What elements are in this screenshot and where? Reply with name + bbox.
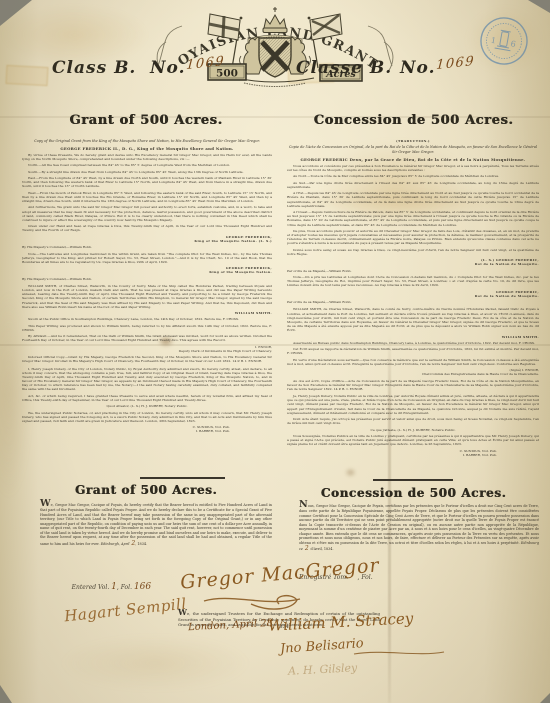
backing-corner-bottom-left: [0, 685, 12, 703]
english-text-column: Copy of the Original Grant from the King…: [22, 139, 272, 473]
no-label-en: No.: [150, 58, 186, 78]
fr-king-line: GEORGE FREDERIC Deux, par la Grace de Di…: [287, 157, 539, 162]
trustees-date-handwritten: London, April 28: [188, 618, 273, 633]
crest-compartment: [236, 78, 314, 82]
blue-stamp: 1 6: [477, 14, 531, 68]
fr-certificate-text: Nous, Gregor Mac Gregor, Cacique de Poya…: [299, 504, 539, 545]
fr-assermente: Assermenté au Bureau public dans Southam…: [287, 341, 539, 345]
en-note: Note.—The Latitudes and Longitudes menti…: [22, 252, 272, 264]
fr-notary-names: C. SUNDIUS, Not. Pub. I. BARBER, Not. Pu…: [287, 449, 539, 457]
stain-bottom-left: [60, 636, 250, 690]
heading2-grant-en: Grant of 500 Acres.: [20, 483, 272, 497]
french-text-column: (TRADUCTION.) Copie de l'Acte de Concess…: [287, 139, 539, 479]
fr-notaires: Nous Soussignés, Notaires Publics en la …: [287, 434, 539, 446]
fr-date-year: d'Avril, 1834.: [311, 547, 334, 551]
en-notaries: We, the undersigned Public Notaries, of,…: [22, 411, 272, 423]
fr-sud: Au Sud.—Par une ligne droite tirée direc…: [287, 181, 539, 189]
shield-icon: [259, 38, 291, 77]
entered-line-en: Entered Vol. 1, Fol. 166: [64, 575, 151, 599]
en-north: North.—All the Sea Coast comprised betwe…: [22, 163, 272, 167]
en-smith-affidavit: WILLIAM SMITH, of Charles Street, Walwor…: [22, 284, 272, 309]
fr-deplus: De plus, Nous accordons plein pouvoir et…: [287, 229, 539, 246]
en-date-place: Edinburgh, April: [101, 542, 130, 546]
en-king-line: GEORGE FREDERICK II., D. G., King of the…: [22, 146, 272, 151]
en-presents: By virtue of these Presents, We do hereb…: [22, 153, 272, 161]
class-label-en: Class B.: [52, 58, 136, 78]
no-label-fr: No.: [400, 58, 436, 78]
fr-ordre-1: Par ordre de sa Majesté,—William Robb.: [287, 269, 539, 273]
entered-label-1: Entered Vol.: [72, 584, 112, 591]
en-smith-signature: WILLIAM SMITH.: [22, 311, 272, 315]
en-quod-attestor: Quod Attestor, (L. S.) H. J. DUBERY, Not…: [22, 404, 272, 408]
fr-atteste: Ce que j'atteste, (L. S.) H. J. DUBERY, …: [287, 428, 539, 432]
trustee-signature-2: Jno Belisario: [280, 636, 365, 657]
backing-corner-top-left: [0, 0, 32, 26]
fr-au-dos: Au dos est écrit, Copie d'Office.—Acte d…: [287, 379, 539, 391]
poyaisian-land-grant-document: POYAISIAN LAND GRANT.: [0, 0, 550, 703]
fr-ordre-2: Par ordre de sa Majesté,—William Robb.: [287, 300, 539, 304]
trustee-signature-flourish: [352, 648, 447, 658]
en-date-year: , 1834.: [135, 542, 147, 546]
entered-label-2: , Fol.: [117, 584, 134, 591]
crest-motto-ribbon: [244, 83, 306, 87]
fr-traduction: (TRADUCTION.): [287, 139, 539, 143]
backing-corner-bottom-right: [540, 693, 550, 703]
fr-smith-signature: WILLIAM SMITH.: [287, 335, 539, 339]
offset-ghost-crest: [0, 4, 150, 66]
fr-george-frederic-sig-2: GEORGE FREDERIC, Roi de la Nation de Mos…: [287, 290, 539, 298]
stamp-right-digit: 6: [510, 39, 517, 49]
en-indorsed: Indorsed Official Copy.—Grant by His Maj…: [22, 355, 272, 363]
en-certificate-text: We, Gregor Mac Gregor, Cacique of Poyais…: [40, 503, 272, 546]
fr-date-day-handwritten: 2: [303, 545, 311, 552]
backing-corner-top-right: [528, 0, 550, 13]
en-george-frederick-sig-2: GEORGE FREDERICK, King of the Mosquito N…: [22, 266, 272, 274]
entered-fol-handwritten: 166: [134, 582, 151, 592]
heading2-concession-fr: Concession de 500 Acres.: [286, 486, 541, 500]
fr-smith-affidavit: WILLIAM SMITH, de Charles Street, Walwor…: [287, 307, 539, 332]
fr-certificate-paragraph: Nous, Gregor Mac Gregor, Cacique de Poya…: [299, 503, 539, 553]
fr-george-frederic-sig-1: (L. S.) GEORGE FREDERIC, Roi de la Natio…: [287, 258, 539, 266]
heading-concession-fr: Concession de 500 Acres.: [286, 113, 541, 128]
en-george-frederick-sig-1: GEORGE FREDERICK, King of the Mosquito N…: [22, 235, 272, 243]
en-by-affidavit: By Affidavit.—And be it remembered, That…: [22, 334, 272, 342]
fr-presents: Nous accordons et concédons par ces prés…: [287, 164, 539, 172]
divider-rule-en: [140, 477, 225, 479]
en-notary-cert: I, Henry Joseph Dubery, of the City of L…: [22, 367, 272, 392]
stamp-left-digit: 1: [490, 36, 497, 46]
en-furthermore: And furthermore, We grant unto the said …: [22, 205, 272, 222]
offset-ghost-plaque-left: [6, 65, 49, 86]
fr-ouest: A l'Ouest.—Depuis l'embouchure de la Riv…: [287, 210, 539, 227]
en-ennor-sig: I. ENNOR, Deputy Clerk of Inrolments in …: [22, 345, 272, 353]
fr-declaration: En vertu d'une Déclaration sous serment.…: [287, 358, 539, 366]
fr-nord: Au Nord.—Toute la Côte de la Mer compris…: [287, 174, 539, 178]
gregor-macgregor-signature: Gregor MacGregor: [179, 554, 380, 593]
fr-ecrit: Cet Écrit auquel se rapporte la déclarat…: [287, 347, 539, 355]
fr-nota: Nota.—On a pris les Latitudes et Longitu…: [287, 275, 539, 287]
en-certificate-paragraph: We, Gregor Mac Gregor, Cacique of Poyais…: [40, 502, 272, 548]
fr-donne: Donné sous notre seing et sceau au Cap G…: [287, 248, 539, 256]
heading-grant-en: Grant of 500 Acres.: [20, 113, 272, 128]
grant-number-fr: 1069: [436, 54, 476, 73]
en-given: Given under our Hand and Seal, at Cape G…: [22, 224, 272, 232]
fr-dont-acte: Dont Acte étant requis, j'ai octroyé les…: [287, 417, 539, 425]
fr-notaire-cert: Je, Henry Joseph Dubery, Notaire Public …: [287, 394, 539, 415]
en-east: East.—From the Longitude of 84° 45′ West…: [22, 176, 272, 188]
divider-rule-fr: [373, 479, 453, 481]
en-act: Act, &c. of which being required, I have…: [22, 394, 272, 402]
crown-icon: [263, 7, 287, 33]
en-south: South.—By a straight line drawn due West…: [22, 170, 272, 174]
en-produced: This Paper Writing was produced and show…: [22, 324, 272, 332]
en-copy-line: Copy of the Original Grant from the King…: [22, 139, 272, 144]
en-command-1: By His Majesty's Command,—William Robb.: [22, 245, 272, 249]
fr-copy-line: Copie de l'Acte de Concession en Origina…: [287, 145, 539, 154]
fr-est: A l'Est.—Depuis les 84° 45′ de Longitude…: [287, 191, 539, 208]
trustee-signature-3: A. H. Gilsley: [288, 661, 358, 678]
en-notary-names: C. SUNDIUS, Not. Pub. I. BARBER, Not. Pu…: [22, 425, 272, 433]
en-sworn: Sworn at the Public Office in Southampto…: [22, 317, 272, 321]
coat-of-arms: POYAISIAN LAND GRANT.: [148, 2, 402, 98]
en-west: West.—From the mouth of Patook River, in…: [22, 191, 272, 203]
en-command-2: By His Majesty's Command,—William Robb.: [22, 277, 272, 281]
sempill-signature: Hagart Sempill: [63, 595, 187, 626]
fr-ennor-sig: (Signé) I. ENNOR, Chef-Commis des Enregi…: [287, 368, 539, 376]
class-label-fr: Classe B.: [296, 58, 392, 78]
